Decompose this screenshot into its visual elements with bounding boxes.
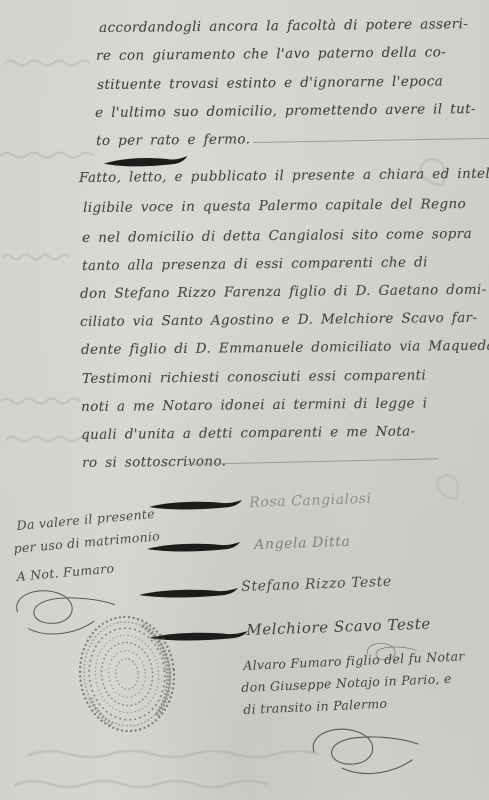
notary-note-flourish xyxy=(298,722,434,782)
manuscript-line: stituente trovasi estinto e d'ignorarne … xyxy=(97,73,443,93)
manuscript-line: Testimoni richiesti conosciuti essi comp… xyxy=(82,367,426,387)
manuscript-line: ligibile voce in questa Palermo capitale… xyxy=(83,196,466,216)
paragraph-end-swash xyxy=(103,155,189,168)
manuscript-line: don Stefano Rizzo Farenza figlio di D. G… xyxy=(80,282,487,302)
notary-note-line: di transito in Palermo xyxy=(243,696,388,717)
bleedthrough-loop xyxy=(424,468,466,502)
signature-melchiore: Melchiore Scavo Teste xyxy=(246,615,431,639)
bleedthrough-squiggle xyxy=(0,396,86,406)
notary-note-line: don Giuseppe Notajo in Pario, e xyxy=(241,671,452,695)
bleedthrough-squiggle xyxy=(4,58,96,68)
bleedthrough-squiggle xyxy=(28,748,338,760)
signature-dash-stroke xyxy=(148,499,244,511)
manuscript-line: noti a me Notaro idonei ai termini di le… xyxy=(81,395,427,415)
scanned-manuscript-page: accordandogli ancora la facoltà di poter… xyxy=(0,0,489,800)
manuscript-line: to per rato e fermo. xyxy=(96,131,250,149)
manuscript-line: e nel domicilio di detta Cangialosi sito… xyxy=(82,226,472,246)
signature-angela: Angela Ditta xyxy=(254,534,351,553)
manuscript-line: e l'ultimo suo domicilio, promettendo av… xyxy=(95,101,476,121)
signature-stefano: Stefano Rizzo Teste xyxy=(241,574,392,595)
bleedthrough-squiggle xyxy=(14,778,284,790)
filler-rule xyxy=(253,138,489,143)
manuscript-line: accordandogli ancora la facoltà di poter… xyxy=(99,16,468,36)
manuscript-line: ro si sottoscrivono. xyxy=(82,453,227,471)
manuscript-line: ciliato via Santo Agostino e D. Melchior… xyxy=(80,310,478,330)
manuscript-line: tanto alla presenza di essi comparenti c… xyxy=(82,254,428,274)
bleedthrough-squiggle xyxy=(2,252,74,262)
notarial-seal xyxy=(70,607,184,741)
margin-annotation-line: Da valere il presente xyxy=(16,506,155,533)
bleedthrough-squiggle xyxy=(0,150,100,160)
signature-rosa: Rosa Cangialosi xyxy=(249,491,372,511)
manuscript-line: re con giuramento che l'avo paterno dell… xyxy=(96,44,446,64)
manuscript-line: quali d'unita a detti comparenti e me No… xyxy=(81,423,416,443)
margin-annotation-line: A Not. Fumaro xyxy=(16,560,115,583)
signature-dash-stroke xyxy=(138,587,240,599)
margin-annotation-line: per uso di matrimonio xyxy=(13,528,161,556)
manuscript-line: dente figlio di D. Emmanuele domiciliato… xyxy=(81,338,489,358)
